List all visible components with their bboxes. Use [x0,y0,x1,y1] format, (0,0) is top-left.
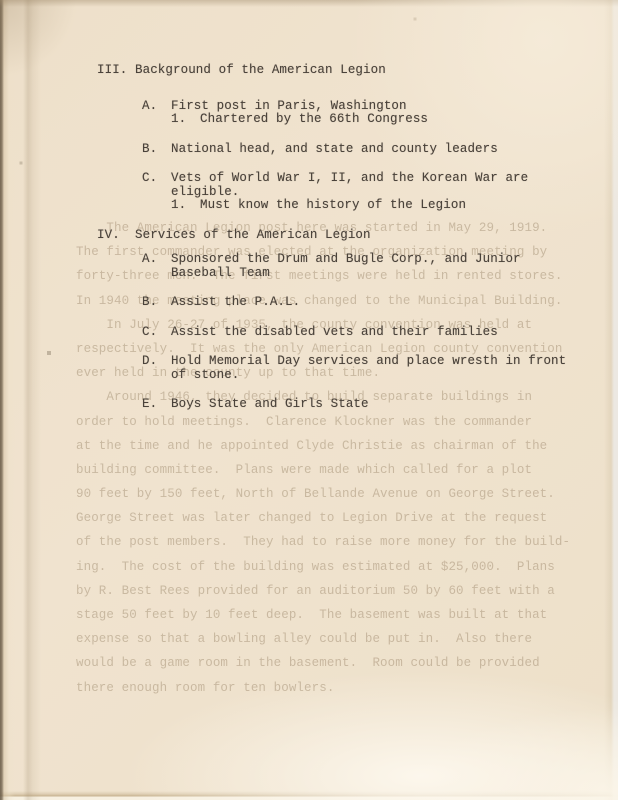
typed-outline: III. Background of the American Legion A… [97,64,589,412]
item-marker: C. [142,326,171,340]
item-marker: B. [142,143,171,157]
outline-item-d: D. Hold Memorial Day services and place … [142,355,589,382]
subitem-text: Must know the history of the Legion [200,199,581,213]
item-text: Boys State and Girls State [171,398,581,412]
outline-section-iv: IV. Services of the American Legion A. S… [97,229,589,412]
ghost-line: expense so that a bowling alley could be… [76,627,608,651]
outline-item-a: A. Sponsored the Drum and Bugle Corp., a… [142,253,589,280]
item-text: Sponsored the Drum and Bugle Corp., and … [171,253,581,280]
ghost-line: order to hold meetings. Clarence Klockne… [76,410,608,434]
item-text: First post in Paris, Washington [171,100,581,114]
item-marker: C. [142,172,171,186]
outline-item-b: B. Assist the P.A.L. [142,296,589,310]
item-text: Assist the P.A.L. [171,296,581,310]
outline-item-c: C. Vets of World War I, II, and the Kore… [142,172,589,199]
section-title: Background of the American Legion [135,64,386,78]
item-marker: E. [142,398,171,412]
outline-item-b: B. National head, and state and county l… [142,143,589,157]
section-heading: IV. Services of the American Legion [97,229,589,243]
ghost-line: by R. Best Rees provided for an auditori… [76,579,608,603]
subitem-marker: 1. [171,113,200,127]
outline-item-e: E. Boys State and Girls State [142,398,589,412]
ghost-line: at the time and he appointed Clyde Chris… [76,434,608,458]
section-numeral: III. [97,64,135,78]
item-text: Hold Memorial Day services and place wre… [171,355,581,382]
ghost-line: stage 50 feet by 10 feet deep. The basem… [76,603,608,627]
ghost-line: there enough room for ten bowlers. [76,676,608,700]
item-text: Assist the disabled vets and their famil… [171,326,581,340]
ghost-line: building committee. Plans were made whic… [76,458,608,482]
paper-specks [0,0,2,2]
outline-section-iii: III. Background of the American Legion A… [97,64,589,213]
ghost-line: would be a game room in the basement. Ro… [76,651,608,675]
outline-subitem: 1. Must know the history of the Legion [171,199,589,213]
scanned-page: The American Legion post here was starte… [0,0,618,800]
ghost-line: George Street was later changed to Legio… [76,506,608,530]
item-marker: A. [142,100,171,114]
outline-subitem: 1. Chartered by the 66th Congress [171,113,589,127]
item-text: National head, and state and county lead… [171,143,581,157]
section-numeral: IV. [97,229,135,243]
subitem-text: Chartered by the 66th Congress [200,113,581,127]
ghost-line: ing. The cost of the building was estima… [76,555,608,579]
outline-item-c: C. Assist the disabled vets and their fa… [142,326,589,340]
ghost-line: 90 feet by 150 feet, North of Bellande A… [76,482,608,506]
item-marker: B. [142,296,171,310]
section-heading: III. Background of the American Legion [97,64,589,78]
item-marker: A. [142,253,171,267]
section-title: Services of the American Legion [135,229,371,243]
ghost-line: of the post members. They had to raise m… [76,530,608,554]
subitem-marker: 1. [171,199,200,213]
item-marker: D. [142,355,171,369]
outline-item-a: A. First post in Paris, Washington [142,100,589,114]
item-text: Vets of World War I, II, and the Korean … [171,172,581,199]
